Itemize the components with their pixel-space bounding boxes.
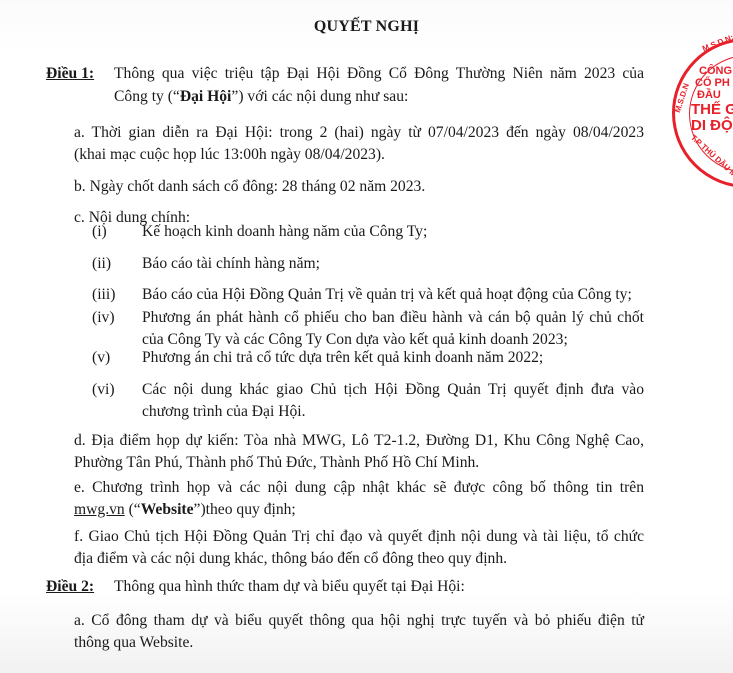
article1-label: Điều 1: xyxy=(46,64,94,84)
e-bold: Website xyxy=(141,501,194,518)
seal-ring-side: M.S.D.N xyxy=(673,82,691,114)
content-item-number: (i) xyxy=(92,222,107,242)
intro-post: ”) với các nội dung như sau: xyxy=(231,88,408,105)
article2-intro: Thông qua hình thức tham dự và biểu quyế… xyxy=(114,577,465,597)
article1-item-b: b. Ngày chốt danh sách cổ đông: 28 tháng… xyxy=(74,177,425,197)
seal-ring-bottom: T.P THỦ DẦU MỘT xyxy=(689,133,733,186)
content-item-text: Báo cáo của Hội Đồng Quản Trị về quản tr… xyxy=(142,285,632,305)
article1-intro-line2: Công ty (“Đại Hội”) với các nội dung như… xyxy=(114,87,408,107)
company-seal-inner-ring xyxy=(689,55,733,173)
article1-intro-line1: Thông qua việc triệu tập Đại Hội Đồng Cổ… xyxy=(114,64,644,84)
intro-bold: Đại Hội xyxy=(180,88,232,105)
article2-label-text: Điều 2: xyxy=(46,578,94,595)
content-item-number: (iii) xyxy=(92,285,115,305)
content-item-text: chương trình của Đại Hội. xyxy=(142,402,306,422)
e-post: ”)theo quy định; xyxy=(194,501,296,518)
content-item-text: Các nội dung khác giao Chủ tịch Hội Đồng… xyxy=(142,380,644,400)
content-item-text: Phương án phát hành cổ phiếu cho ban điề… xyxy=(142,308,644,328)
article2-item-a-line1: a. Cổ đông tham dự và biểu quyết thông q… xyxy=(74,611,644,631)
document-page: QUYẾT NGHỊ Điều 1: Thông qua việc triệu … xyxy=(0,0,733,673)
article1-item-d-line2: Phường Tân Phú, Thành phố Thủ Đức, Thành… xyxy=(74,453,479,473)
company-seal: M.S.D.N: 0306731335 M.S.D.N T.P THỦ DẦU … xyxy=(672,38,733,188)
article1-item-f-line2: địa điểm và các nội dung khác, thông báo… xyxy=(74,549,507,569)
content-item-number: (vi) xyxy=(92,380,115,400)
content-item-text: Kế hoạch kinh doanh hàng năm của Công Ty… xyxy=(142,222,427,242)
website-link[interactable]: mwg.vn xyxy=(74,501,125,518)
content-item-number: (iv) xyxy=(92,308,115,328)
seal-line-3: ĐẦU xyxy=(697,89,721,101)
article1-item-e-line2: mwg.vn (“Website”)theo quy định; xyxy=(74,500,296,520)
article1-item-a-line2: (khai mạc cuộc họp lúc 13:00h ngày 08/04… xyxy=(74,145,385,165)
e-pre: (“ xyxy=(125,501,141,518)
content-item-number: (v) xyxy=(92,348,110,368)
seal-line-2: CỔ PH xyxy=(695,77,730,89)
content-item-text: của Công Ty và các Công Ty Con dựa vào k… xyxy=(142,330,568,350)
document-title: QUYẾT NGHỊ xyxy=(0,18,733,36)
seal-line-4: THẾ G xyxy=(691,101,733,118)
article1-item-a-line1: a. Thời gian diễn ra Đại Hội: trong 2 (h… xyxy=(74,123,644,143)
article1-label-text: Điều 1: xyxy=(46,65,94,82)
article1-item-d-line1: d. Địa điểm họp dự kiến: Tòa nhà MWG, Lô… xyxy=(74,431,644,451)
seal-line-1: CÔNG xyxy=(699,65,732,77)
content-item-text: Phương án chi trả cổ tức dựa trên kết qu… xyxy=(142,348,543,368)
content-item-number: (ii) xyxy=(92,254,111,274)
content-item-text: Báo cáo tài chính hàng năm; xyxy=(142,254,320,274)
article1-item-f-line1: f. Giao Chủ tịch Hội Đồng Quản Trị chỉ đ… xyxy=(74,527,644,547)
article2-item-a-line2: thông qua Website. xyxy=(74,633,193,653)
intro-pre: Công ty (“ xyxy=(114,88,180,105)
article1-item-e-line1: e. Chương trình họp và các nội dung cập … xyxy=(74,478,644,498)
seal-line-5: DI ĐỘ xyxy=(691,117,733,134)
article2-label: Điều 2: xyxy=(46,577,94,597)
